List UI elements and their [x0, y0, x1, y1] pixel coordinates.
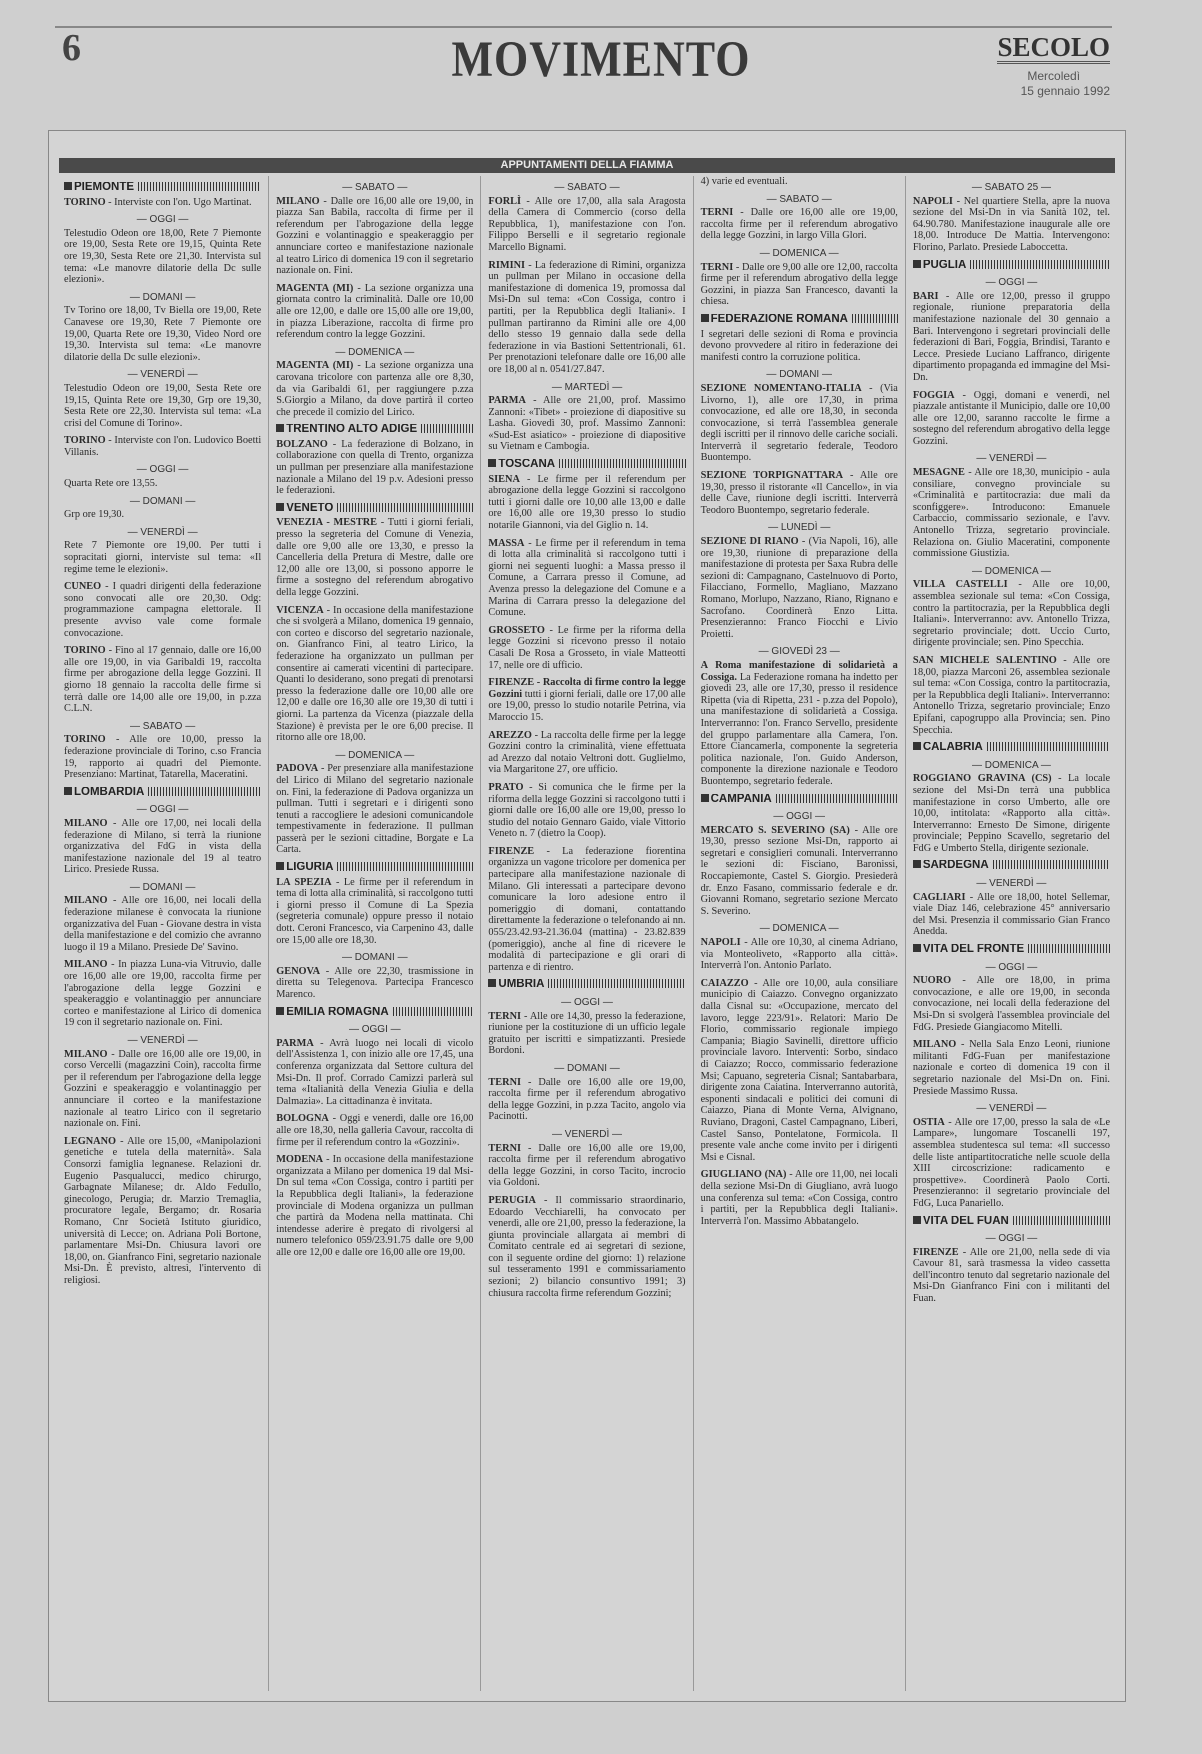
- square-bullet-icon: [276, 862, 284, 870]
- listing-item: SEZIONE NOMENTANO-ITALIA - (Via Livorno,…: [701, 383, 898, 464]
- decorative-bars: [987, 742, 1110, 751]
- listing-place: AREZZO: [488, 730, 532, 741]
- listing-place: PADOVA: [276, 763, 318, 774]
- region-name: VITA DEL FRONTE: [923, 944, 1024, 955]
- listing-item: GROSSETO - Le firme per la riforma della…: [488, 625, 685, 671]
- listing-item: GIUGLIANO (NA) - Alle ore 11,00, nei loc…: [701, 1169, 898, 1227]
- region-heading: SARDEGNA: [913, 860, 1110, 872]
- listing-item: MILANO - In piazza Luna-via Vitruvio, da…: [64, 959, 261, 1029]
- day-heading: — DOMENICA —: [701, 248, 898, 260]
- day-heading: — DOMANI —: [64, 496, 261, 508]
- listing-place: MILANO: [276, 196, 319, 207]
- region-name: EMILIA ROMAGNA: [286, 1007, 388, 1018]
- listing-item: MAGENTA (MI) - La sezione organizza una …: [276, 283, 473, 341]
- listing-item: NAPOLI - Nel quartiere Stella, apre la n…: [913, 196, 1110, 254]
- paper-name: SECOLO: [997, 34, 1110, 64]
- listing-place: CAIAZZO: [701, 978, 749, 989]
- day-heading: — VENERDÌ —: [913, 453, 1110, 465]
- paper-logo: SECOLO Mercoledì 15 gennaio 1992: [997, 34, 1110, 98]
- day-heading: — DOMENICA —: [701, 923, 898, 935]
- region-heading: LIGURIA: [276, 862, 473, 874]
- region-name: UMBRIA: [498, 979, 544, 990]
- decorative-bars: [337, 862, 473, 871]
- listing-item: MILANO - Alle ore 16,00, nei locali dell…: [64, 895, 261, 953]
- square-bullet-icon: [64, 182, 72, 190]
- decorative-bars: [1028, 944, 1110, 953]
- listing-place: BOLZANO: [276, 439, 328, 450]
- day-heading: — OGGI —: [701, 811, 898, 823]
- listings-frame: APPUNTAMENTI DELLA FIAMMA PIEMONTETORINO…: [48, 130, 1126, 1702]
- listing-item: NUORO - Alle ore 18,00, in prima convoca…: [913, 975, 1110, 1033]
- listing-item: MAGENTA (MI) - La sezione organizza una …: [276, 360, 473, 418]
- listing-place: FIRENZE: [488, 846, 534, 857]
- listing-item: MERCATO S. SEVERINO (SA) - Alle ore 19,3…: [701, 825, 898, 918]
- listing-place: TERNI: [488, 1011, 521, 1022]
- listing-item: BOLZANO - La federazione di Bolzano, in …: [276, 439, 473, 497]
- listing-place: SAN MICHELE SALENTINO: [913, 655, 1057, 666]
- day-heading: — LUNEDÌ —: [701, 522, 898, 534]
- listing-place: LA SPEZIA: [276, 877, 331, 888]
- region-heading: CAMPANIA: [701, 794, 898, 806]
- listing-item: BOLOGNA - Oggi e venerdì, dalle ore 16,0…: [276, 1113, 473, 1148]
- day-heading: — DOMENICA —: [276, 750, 473, 762]
- listing-item: Telestudio Odeon ore 18,00, Rete 7 Piemo…: [64, 228, 261, 286]
- listing-item: Tv Torino ore 18,00, Tv Biella ore 19,00…: [64, 305, 261, 363]
- region-name: PIEMONTE: [74, 182, 134, 193]
- listing-item: TERNI - Dalle ore 16,00 alle ore 19,00, …: [701, 207, 898, 242]
- listing-place: GIUGLIANO (NA): [701, 1169, 787, 1180]
- listing-item: PARMA - Avrà luogo nei locali di vicolo …: [276, 1038, 473, 1108]
- listing-place: GROSSETO: [488, 625, 544, 636]
- listing-place: A Roma manifestazione di solidarietà a C…: [701, 660, 898, 683]
- decorative-bars: [138, 182, 261, 191]
- banner-title: APPUNTAMENTI DELLA FIAMMA: [59, 158, 1115, 173]
- square-bullet-icon: [488, 459, 496, 467]
- listing-item: Telestudio Odeon ore 19,00, Sesta Rete o…: [64, 383, 261, 429]
- listing-place: GENOVA: [276, 966, 320, 977]
- listing-item: FOGGIA - Oggi, domani e venerdì, nel pia…: [913, 390, 1110, 448]
- listing-place: PARMA: [488, 395, 526, 406]
- region-name: SARDEGNA: [923, 860, 989, 871]
- decorative-bars: [776, 794, 898, 803]
- day-heading: — OGGI —: [913, 277, 1110, 289]
- day-heading: — SABATO 25 —: [913, 182, 1110, 194]
- listing-item: GENOVA - Alle ore 22,30, trasmissione in…: [276, 966, 473, 1001]
- day-heading: — OGGI —: [64, 214, 261, 226]
- day-heading: — DOMANI —: [64, 292, 261, 304]
- listing-place: MILANO: [64, 818, 107, 829]
- listing-place: MASSA: [488, 538, 524, 549]
- listing-place: TERNI: [701, 262, 734, 273]
- listing-place: MILANO: [64, 1049, 107, 1060]
- column-1: PIEMONTETORINO - Interviste con l'on. Ug…: [57, 176, 269, 1691]
- day-heading: — VENERDÌ —: [64, 369, 261, 381]
- region-name: FEDERAZIONE ROMANA: [711, 314, 848, 325]
- listing-item: TORINO - Fino al 17 gennaio, dalle ore 1…: [64, 645, 261, 715]
- listing-item: SAN MICHELE SALENTINO - Alle ore 18,00, …: [913, 655, 1110, 736]
- listing-item: A Roma manifestazione di solidarietà a C…: [701, 660, 898, 788]
- listing-place: OSTIA: [913, 1117, 945, 1128]
- day-heading: — VENERDÌ —: [488, 1129, 685, 1141]
- day-heading: — SABATO —: [701, 194, 898, 206]
- header-rule: [55, 26, 1112, 28]
- listing-place: TORINO: [64, 197, 106, 208]
- listing-place: MILANO: [913, 1039, 956, 1050]
- region-name: LIGURIA: [286, 862, 333, 873]
- issue-date: 15 gennaio 1992: [997, 85, 1110, 98]
- issue-weekday: Mercoledì: [997, 70, 1110, 83]
- listing-place: PRATO: [488, 782, 523, 793]
- listing-item: PERUGIA - Il commissario straordinario, …: [488, 1195, 685, 1299]
- listing-place: PERUGIA: [488, 1195, 535, 1206]
- listing-place: TORINO: [64, 435, 106, 446]
- listing-item: MILANO - Nella Sala Enzo Leoni, riunione…: [913, 1039, 1110, 1097]
- region-name: TOSCANA: [498, 459, 555, 470]
- listing-item: TERNI - Alle ore 14,30, presso la federa…: [488, 1011, 685, 1057]
- listing-place: SIENA: [488, 474, 519, 485]
- decorative-bars: [548, 979, 685, 988]
- region-heading: UMBRIA: [488, 979, 685, 991]
- region-heading: VENETO: [276, 503, 473, 515]
- listing-item: MILANO - Dalle ore 16,00 alle ore 19,00,…: [64, 1049, 261, 1130]
- square-bullet-icon: [913, 742, 921, 750]
- listing-item: CAIAZZO - Alle ore 10,00, aula consiliar…: [701, 978, 898, 1164]
- listing-item: AREZZO - La raccolta delle firme per la …: [488, 730, 685, 776]
- listing-item: MILANO - Alle ore 17,00, nei locali dell…: [64, 818, 261, 876]
- day-heading: — DOMENICA —: [276, 347, 473, 359]
- day-heading: — OGGI —: [913, 1233, 1110, 1245]
- listing-place: MILANO: [64, 895, 107, 906]
- decorative-bars: [148, 787, 261, 796]
- day-heading: — DOMENICA —: [913, 760, 1110, 772]
- listing-item: OSTIA - Alle ore 17,00, presso la sala d…: [913, 1117, 1110, 1210]
- day-heading: — OGGI —: [488, 997, 685, 1009]
- decorative-bars: [993, 860, 1110, 869]
- listing-place: BARI: [913, 291, 939, 302]
- day-heading: — VENERDÌ —: [913, 878, 1110, 890]
- day-heading: — VENERDÌ —: [913, 1103, 1110, 1115]
- day-heading: — MARTEDÌ —: [488, 382, 685, 394]
- day-heading: — VENERDÌ —: [64, 1035, 261, 1047]
- region-name: VENETO: [286, 503, 333, 514]
- listing-item: RIMINI - La federazione di Rimini, organ…: [488, 260, 685, 376]
- day-heading: — DOMANI —: [488, 1063, 685, 1075]
- listing-place: TERNI: [488, 1143, 521, 1154]
- listing-place: TERNI: [488, 1077, 521, 1088]
- day-heading: — GIOVEDÌ 23 —: [701, 646, 898, 658]
- listing-item: TORINO - Alle ore 10,00, presso la feder…: [64, 734, 261, 780]
- listing-item: MODENA - In occasione della manifestazio…: [276, 1154, 473, 1258]
- listing-item: TERNI - Dalle ore 9,00 alle ore 12,00, r…: [701, 262, 898, 308]
- listing-item: Grp ore 19,30.: [64, 509, 261, 521]
- listing-item: SEZIONE TORPIGNATTARA - Alle ore 19,30, …: [701, 470, 898, 516]
- day-heading: — VENERDÌ —: [64, 527, 261, 539]
- column-2: — SABATO —MILANO - Dalle ore 16,00 alle …: [269, 176, 481, 1691]
- listing-place: VILLA CASTELLI: [913, 579, 1008, 590]
- listing-place: MAGENTA (MI): [276, 283, 353, 294]
- day-heading: — OGGI —: [64, 804, 261, 816]
- listing-place: VENEZIA - MESTRE: [276, 517, 377, 528]
- columns: PIEMONTETORINO - Interviste con l'on. Ug…: [57, 176, 1117, 1691]
- listing-place: NAPOLI: [913, 196, 953, 207]
- listing-place: PARMA: [276, 1038, 314, 1049]
- listing-item: MILANO - Dalle ore 16,00 alle ore 19,00,…: [276, 196, 473, 277]
- listing-item: NAPOLI - Alle ore 10,30, al cinema Adria…: [701, 937, 898, 972]
- listing-item: VILLA CASTELLI - Alle ore 10,00, assembl…: [913, 579, 1110, 649]
- square-bullet-icon: [701, 794, 709, 802]
- region-name: VITA DEL FUAN: [923, 1216, 1009, 1227]
- listing-item: FIRENZE - La federazione fiorentina orga…: [488, 846, 685, 974]
- listing-item: LA SPEZIA - Le firme per il referendum i…: [276, 877, 473, 947]
- listing-item: I segretari delle sezioni di Roma e prov…: [701, 329, 898, 364]
- listing-item: MESAGNE - Alle ore 18,30, municipio - au…: [913, 467, 1110, 560]
- listing-place: NUORO: [913, 975, 951, 986]
- region-name: TRENTINO ALTO ADIGE: [286, 424, 417, 435]
- region-heading: FEDERAZIONE ROMANA: [701, 314, 898, 326]
- region-name: CAMPANIA: [711, 794, 772, 805]
- listing-item: CUNEO - I quadri dirigenti della federaz…: [64, 581, 261, 639]
- day-heading: — SABATO —: [276, 182, 473, 194]
- day-heading: — OGGI —: [276, 1024, 473, 1036]
- decorative-bars: [393, 1007, 474, 1016]
- day-heading: — SABATO —: [64, 721, 261, 733]
- masthead: 6 MOVIMENTO SECOLO Mercoledì 15 gennaio …: [0, 0, 1202, 125]
- listing-item: PARMA - Alle ore 21,00, prof. Massimo Za…: [488, 395, 685, 453]
- decorative-bars: [1013, 1216, 1110, 1225]
- decorative-bars: [421, 424, 473, 433]
- listing-place: NAPOLI: [701, 937, 741, 948]
- square-bullet-icon: [276, 503, 284, 511]
- listing-item: FIRENZE - Raccolta di firme contro la le…: [488, 677, 685, 723]
- listing-item: FIRENZE - Alle ore 21,00, nella sede di …: [913, 1247, 1110, 1305]
- region-heading: PIEMONTE: [64, 182, 261, 194]
- listing-item: Rete 7 Piemonte ore 19,00. Per tutti i s…: [64, 540, 261, 575]
- day-heading: — OGGI —: [64, 464, 261, 476]
- column-3: — SABATO —FORLÌ - Alle ore 17,00, alla s…: [481, 176, 693, 1691]
- region-name: LOMBARDIA: [74, 787, 144, 798]
- region-heading: VITA DEL FRONTE: [913, 944, 1110, 956]
- day-heading: — SABATO —: [488, 182, 685, 194]
- listing-place: SEZIONE DI RIANO: [701, 536, 799, 547]
- day-heading: — OGGI —: [913, 962, 1110, 974]
- listing-item: CAGLIARI - Alle ore 18,00, hotel Sellema…: [913, 892, 1110, 938]
- square-bullet-icon: [913, 860, 921, 868]
- square-bullet-icon: [701, 314, 709, 322]
- listing-place: VICENZA: [276, 605, 324, 616]
- listing-place: FOGGIA: [913, 390, 955, 401]
- listing-item: VICENZA - In occasione della manifestazi…: [276, 605, 473, 744]
- listing-place: ROGGIANO GRAVINA (CS): [913, 773, 1052, 784]
- column-5: — SABATO 25 —NAPOLI - Nel quartiere Stel…: [906, 176, 1117, 1691]
- decorative-bars: [559, 459, 686, 468]
- region-heading: TOSCANA: [488, 459, 685, 471]
- listing-place: MODENA: [276, 1154, 323, 1165]
- listing-item: SIENA - Le firme per il referendum per a…: [488, 474, 685, 532]
- listing-place: LEGNANO: [64, 1136, 116, 1147]
- listing-item: PADOVA - Per presenziare alla manifestaz…: [276, 763, 473, 856]
- listing-place: MESAGNE: [913, 467, 965, 478]
- listing-item: TERNI - Dalle ore 16,00 alle ore 19,00, …: [488, 1143, 685, 1189]
- day-heading: — DOMENICA —: [913, 566, 1110, 578]
- square-bullet-icon: [276, 1007, 284, 1015]
- listing-place: SEZIONE NOMENTANO-ITALIA: [701, 383, 862, 394]
- listing-item: TORINO - Interviste con l'on. Ludovico B…: [64, 435, 261, 458]
- listing-item: MASSA - Le firme per il referendum in te…: [488, 538, 685, 619]
- region-heading: VITA DEL FUAN: [913, 1216, 1110, 1228]
- listing-place: MERCATO S. SEVERINO (SA): [701, 825, 850, 836]
- listing-item: ROGGIANO GRAVINA (CS) - La locale sezion…: [913, 773, 1110, 854]
- square-bullet-icon: [276, 424, 284, 432]
- day-heading: — DOMANI —: [701, 369, 898, 381]
- listing-place: SEZIONE TORPIGNATTARA: [701, 470, 843, 481]
- decorative-bars: [852, 314, 898, 323]
- listing-item: FORLÌ - Alle ore 17,00, alla sala Aragos…: [488, 196, 685, 254]
- day-heading: — DOMANI —: [64, 882, 261, 894]
- listing-place: TORINO: [64, 645, 106, 656]
- listing-place: BOLOGNA: [276, 1113, 329, 1124]
- listing-item: 4) varie ed eventuali.: [701, 176, 898, 188]
- listing-place: CAGLIARI: [913, 892, 966, 903]
- listing-place: FIRENZE: [913, 1247, 959, 1258]
- decorative-bars: [337, 503, 473, 512]
- square-bullet-icon: [488, 979, 496, 987]
- listing-place: MAGENTA (MI): [276, 360, 353, 371]
- region-name: CALABRIA: [923, 742, 983, 753]
- listing-place: CUNEO: [64, 581, 101, 592]
- listing-item: TERNI - Dalle ore 16,00 alle ore 19,00, …: [488, 1077, 685, 1123]
- listing-place: FORLÌ: [488, 196, 521, 207]
- listing-place: RIMINI: [488, 260, 525, 271]
- day-heading: — DOMANI —: [276, 952, 473, 964]
- square-bullet-icon: [913, 944, 921, 952]
- listing-place: TERNI: [701, 207, 734, 218]
- region-heading: EMILIA ROMAGNA: [276, 1007, 473, 1019]
- listing-item: TORINO - Interviste con l'on. Ugo Martin…: [64, 197, 261, 209]
- listing-item: VENEZIA - MESTRE - Tutti i giorni ferial…: [276, 517, 473, 598]
- listing-item: PRATO - Si comunica che le firme per la …: [488, 782, 685, 840]
- listing-place: MILANO: [64, 959, 107, 970]
- square-bullet-icon: [913, 260, 921, 268]
- listing-place: FIRENZE - Raccolta di firme contro la le…: [488, 677, 685, 700]
- region-heading: LOMBARDIA: [64, 787, 261, 799]
- square-bullet-icon: [913, 1216, 921, 1224]
- region-heading: CALABRIA: [913, 742, 1110, 754]
- column-4: 4) varie ed eventuali.— SABATO —TERNI - …: [694, 176, 906, 1691]
- listing-place: TORINO: [64, 734, 106, 745]
- region-heading: TRENTINO ALTO ADIGE: [276, 424, 473, 436]
- listing-item: LEGNANO - Alle ore 15,00, «Manipolazioni…: [64, 1136, 261, 1287]
- listing-item: BARI - Alle ore 12,00, presso il gruppo …: [913, 291, 1110, 384]
- region-name: PUGLIA: [923, 260, 966, 271]
- square-bullet-icon: [64, 787, 72, 795]
- region-heading: PUGLIA: [913, 260, 1110, 272]
- decorative-bars: [970, 260, 1110, 269]
- listing-item: SEZIONE DI RIANO - (Via Napoli, 16), all…: [701, 536, 898, 640]
- listing-item: Quarta Rete ore 13,55.: [64, 478, 261, 490]
